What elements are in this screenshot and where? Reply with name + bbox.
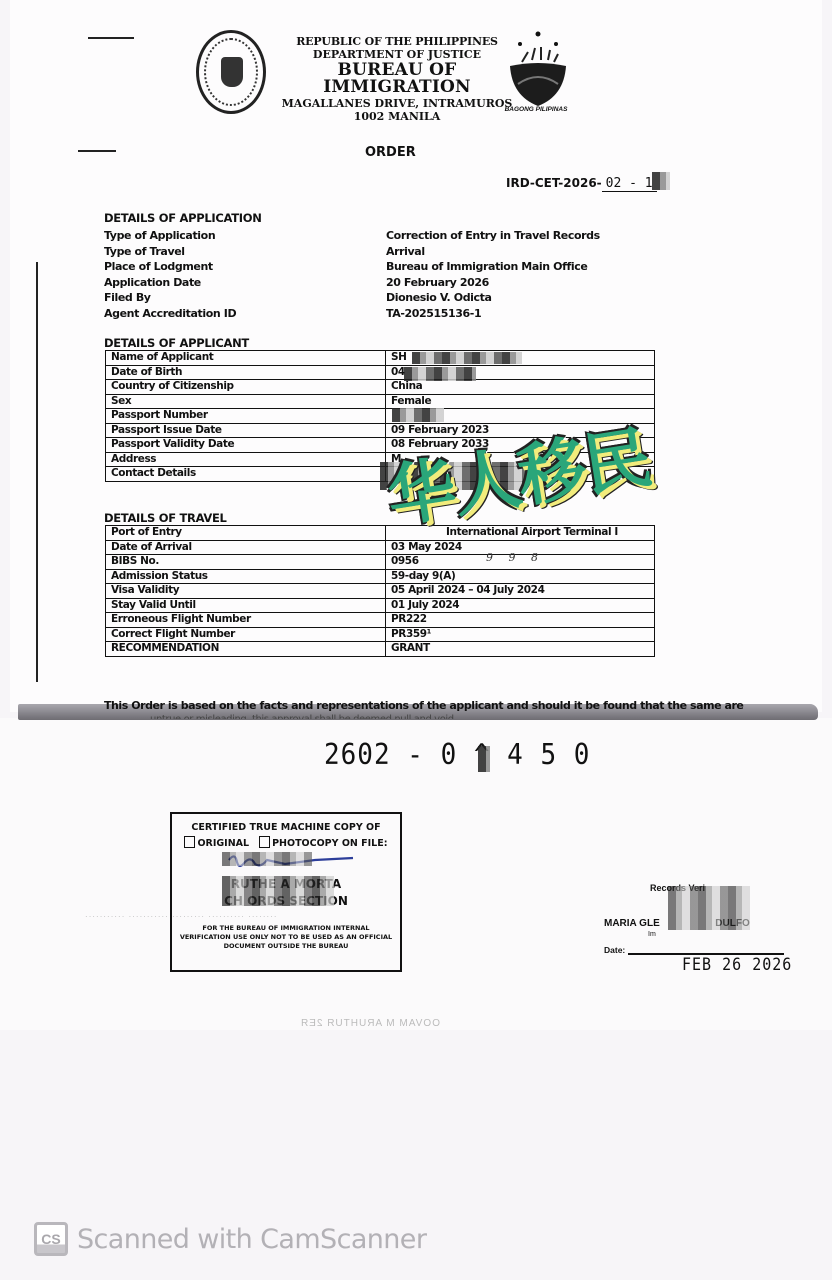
cell-label: RECOMMENDATION xyxy=(106,642,386,657)
reference-handwritten: 02 - 1 xyxy=(602,176,657,192)
cell-label: Correct Flight Number xyxy=(106,627,386,642)
date-label: Date: xyxy=(604,945,625,955)
cell-label: Date of Arrival xyxy=(106,540,386,555)
camscanner-icon: CS xyxy=(34,1222,68,1256)
redaction-block xyxy=(222,876,334,906)
cell-label: Passport Number xyxy=(106,409,386,424)
redaction-block xyxy=(668,886,750,930)
option-original: ORIGINAL xyxy=(184,836,249,849)
redaction-block xyxy=(404,367,476,381)
bagong-pilipinas-logo-icon xyxy=(508,30,568,116)
cell-value: Female xyxy=(386,394,655,409)
cert-options: ORIGINAL PHOTOCOPY ON FILE: xyxy=(172,836,400,849)
order-statement-cut: untrue or misleading, this approval shal… xyxy=(150,714,457,719)
cell-value: 59-day 9(A) xyxy=(386,569,655,584)
punch-mark xyxy=(78,150,116,152)
app-label: Place of Lodgment xyxy=(104,259,236,275)
table-row: RECOMMENDATIONGRANT xyxy=(106,642,655,657)
table-row: SexFemale xyxy=(106,394,655,409)
camscanner-watermark: CS Scanned with CamScanner xyxy=(34,1222,426,1256)
cert-title: CERTIFIED TRUE MACHINE COPY OF xyxy=(172,822,400,833)
cell-value: PR222 xyxy=(386,613,655,628)
order-title: ORDER xyxy=(365,145,416,160)
app-label: Type of Travel xyxy=(104,244,236,260)
section-heading-travel: DETAILS OF TRAVEL xyxy=(104,511,227,525)
redaction-block xyxy=(652,172,670,190)
date-stamp: FEB 26 2026 xyxy=(682,954,792,975)
cert-disclaimer: FOR THE BUREAU OF IMMIGRATION INTERNAL V… xyxy=(172,924,400,951)
table-row: Correct Flight NumberPR359¹ xyxy=(106,627,655,642)
agency-name: BUREAU OF IMMIGRATION xyxy=(262,62,532,96)
letterhead: REPUBLIC OF THE PHILIPPINES DEPARTMENT O… xyxy=(262,36,532,122)
app-label: Application Date xyxy=(104,275,236,291)
application-labels: Type of Application Type of Travel Place… xyxy=(104,228,236,322)
cell-label: Stay Valid Until xyxy=(106,598,386,613)
checkbox-icon xyxy=(184,836,195,848)
cell-label: Country of Citizenship xyxy=(106,380,386,395)
option-original-label: ORIGINAL xyxy=(197,838,249,849)
cell-value: PR359¹ xyxy=(386,627,655,642)
cell-label: Date of Birth xyxy=(106,365,386,380)
option-photocopy-label: PHOTOCOPY ON FILE: xyxy=(272,838,387,849)
app-label: Agent Accreditation ID xyxy=(104,306,236,322)
table-row: BIBS No.0956 xyxy=(106,555,655,570)
app-label: Filed By xyxy=(104,290,236,306)
order-statement: This Order is based on the facts and rep… xyxy=(104,699,743,712)
city-line: 1002 MANILA xyxy=(262,111,532,122)
app-value: Dionesio V. Odicta xyxy=(386,290,600,306)
verifier-title: Im xyxy=(648,931,656,938)
table-row: Erroneous Flight NumberPR222 xyxy=(106,613,655,628)
cell-value: 01 July 2024 xyxy=(386,598,655,613)
cell-label: Passport Issue Date xyxy=(106,423,386,438)
department-line: DEPARTMENT OF JUSTICE xyxy=(262,49,532,60)
margin-line xyxy=(36,262,38,682)
cell-value: GRANT xyxy=(386,642,655,657)
address-line: MAGALLANES DRIVE, INTRAMUROS xyxy=(262,98,532,109)
app-label: Type of Application xyxy=(104,228,236,244)
redaction-block xyxy=(478,746,490,772)
table-row: Name of ApplicantSH xyxy=(106,351,655,366)
app-value: TA-202515136-1 xyxy=(386,306,600,322)
application-values: Correction of Entry in Travel Records Ar… xyxy=(386,228,600,322)
table-row: Visa Validity05 April 2024 – 04 July 202… xyxy=(106,584,655,599)
cell-label: Address xyxy=(106,452,386,467)
camscanner-label: Scanned with CamScanner xyxy=(77,1224,426,1255)
redaction-block xyxy=(412,352,522,364)
cell-label: Admission Status xyxy=(106,569,386,584)
cell-label: Sex xyxy=(106,394,386,409)
table-row: Admission Status59-day 9(A) xyxy=(106,569,655,584)
bleed-through-text: OOVAM M ARUHTUЯ 2EЯ xyxy=(300,1018,440,1029)
cell-label: Name of Applicant xyxy=(106,351,386,366)
cell-value: 05 April 2024 – 04 July 2024 xyxy=(386,584,655,599)
republic-line: REPUBLIC OF THE PHILIPPINES xyxy=(262,36,532,47)
cell-value: China xyxy=(386,380,655,395)
redaction-block xyxy=(392,408,444,422)
checkbox-icon xyxy=(259,836,270,848)
app-value: Arrival xyxy=(386,244,600,260)
app-value: Bureau of Immigration Main Office xyxy=(386,259,600,275)
app-value: 20 February 2026 xyxy=(386,275,600,291)
section-heading-application: DETAILS OF APPLICATION xyxy=(104,211,262,225)
option-photocopy: PHOTOCOPY ON FILE: xyxy=(259,836,387,849)
cell-label: Visa Validity xyxy=(106,584,386,599)
cell-label: Contact Details xyxy=(106,467,386,482)
table-row: Date of Birth04 xyxy=(106,365,655,380)
punch-mark xyxy=(88,37,134,39)
cell-label: Port of Entry xyxy=(106,526,386,541)
table-row: Country of CitizenshipChina xyxy=(106,380,655,395)
stamp-number: 2602 - 0 ^ 4 5 0 xyxy=(324,739,590,772)
redaction-block xyxy=(222,852,312,866)
section-heading-applicant: DETAILS OF APPLICANT xyxy=(104,336,249,350)
reference-number: IRD-CET-2026-02 - 1 xyxy=(506,176,657,192)
bleed-through-text: ········ ·········· ········· ··········… xyxy=(84,912,276,921)
bureau-seal-icon xyxy=(196,30,266,114)
cell-label: Erroneous Flight Number xyxy=(106,613,386,628)
table-row: Stay Valid Until01 July 2024 xyxy=(106,598,655,613)
bagong-pilipinas-label: BAGONG PILIPINAS xyxy=(497,106,575,113)
cell-label: BIBS No. xyxy=(106,555,386,570)
cell-label: Passport Validity Date xyxy=(106,438,386,453)
app-value: Correction of Entry in Travel Records xyxy=(386,228,600,244)
reference-prefix: IRD-CET-2026- xyxy=(506,176,602,190)
